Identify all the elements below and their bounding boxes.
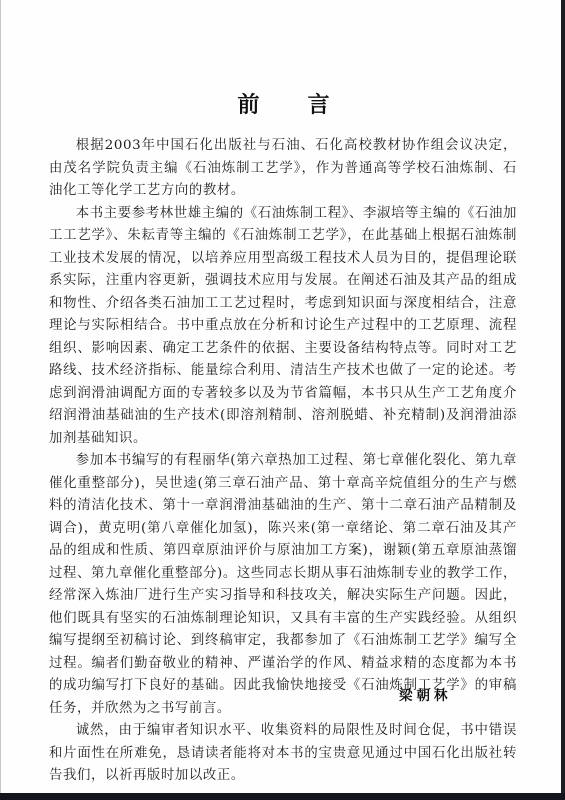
paragraph: 本书主要参考林世雄主编的《石油炼制工程》、李淑培等主编的《石油加工工艺学》、朱耘… xyxy=(49,203,517,451)
paragraph: 根据2003年中国石化出版社与石油、石化高校教材协作组会议决定，由茂名学院负责主… xyxy=(49,135,517,203)
paragraph: 参加本书编写的有程丽华(第六章热加工过程、第七章催化裂化、第九章催化重整部分)，… xyxy=(49,450,517,720)
scan-edge-right xyxy=(561,0,565,800)
paragraph: 诚然，由于编审者知识水平、收集资料的局限性及时间仓促，书中错误和片面性在所难免，… xyxy=(49,720,517,788)
page-title: 前言 xyxy=(1,88,565,119)
scan-edge-bottom xyxy=(0,793,565,800)
document-page: 前言 根据2003年中国石化出版社与石油、石化高校教材协作组会议决定，由茂名学院… xyxy=(0,0,562,793)
author-signature: 梁朝林 xyxy=(399,684,452,704)
